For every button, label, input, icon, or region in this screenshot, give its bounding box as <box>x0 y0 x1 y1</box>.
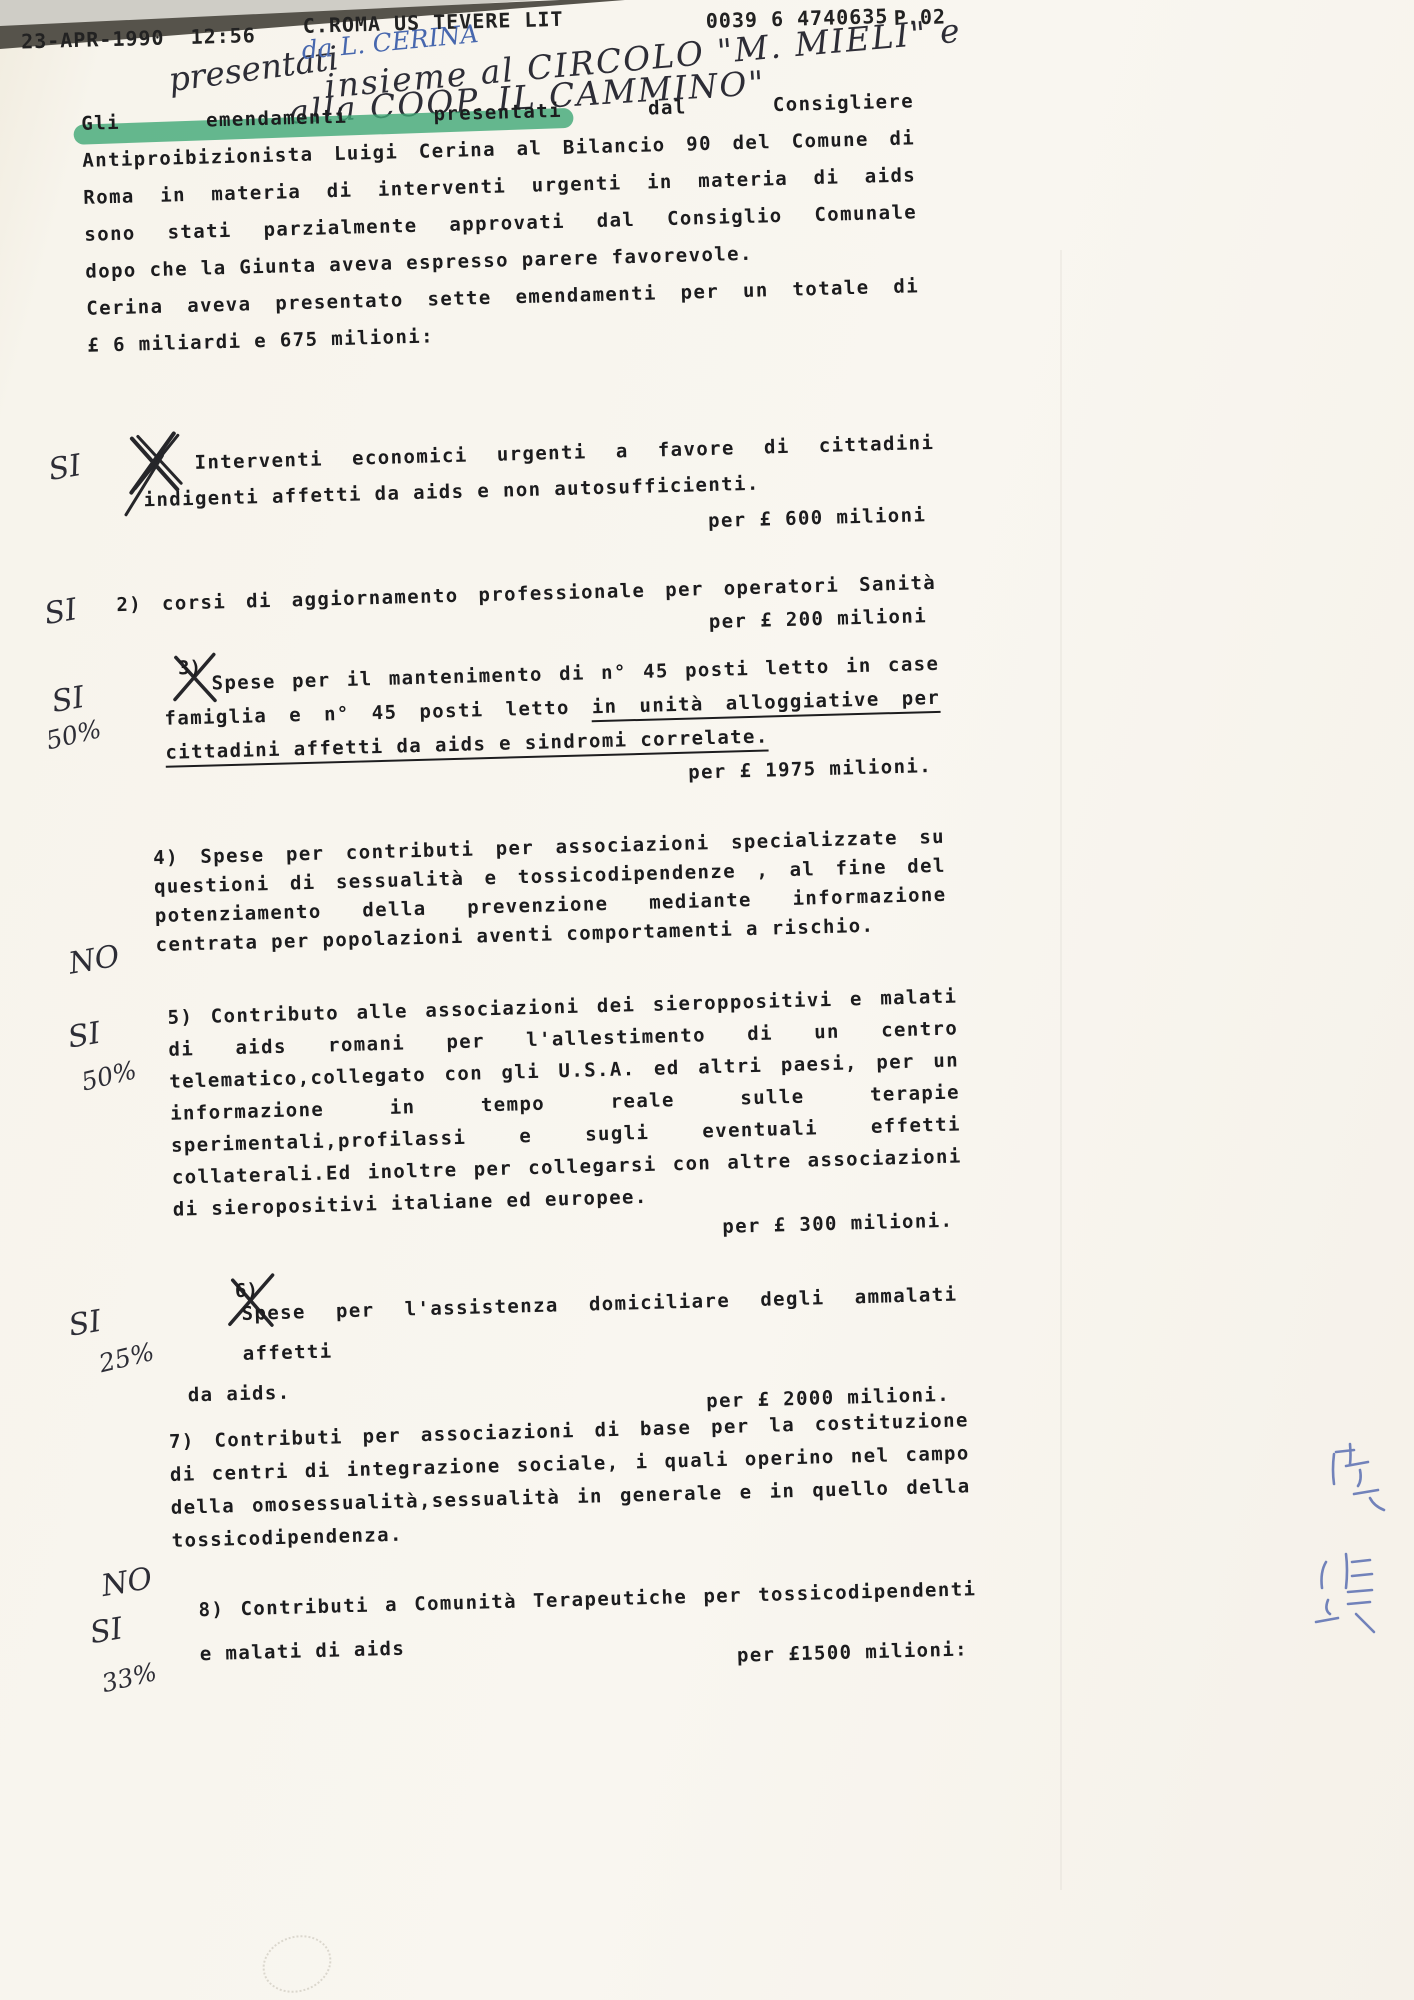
item-8: 8) Contributi a Comunità Terapeutiche pe… <box>198 1567 979 1692</box>
item-4: 4) Spese per contributi per associazioni… <box>153 823 948 960</box>
scanned-sheet: 23-APR-1990 12:56 C.ROMA US TEVERE LIT 0… <box>0 0 1414 1999</box>
document-page: 23-APR-1990 12:56 C.ROMA US TEVERE LIT 0… <box>0 0 1414 2000</box>
margin-percent-6: 25% <box>96 1337 157 1378</box>
margin-mark-si-8: SI <box>87 1611 125 1651</box>
margin-mark-si-6: SI <box>66 1304 104 1344</box>
pen-scribble-icon <box>1320 1440 1400 1540</box>
margin-mark-si-3: SI <box>49 680 87 720</box>
margin-mark-si-5: SI <box>65 1016 103 1056</box>
margin-percent-5: 50% <box>79 1055 140 1096</box>
item-3: Spese per il mantenimento di n° 45 posti… <box>163 647 942 804</box>
pen-scribble-icon <box>1308 1548 1398 1658</box>
margin-mark-si-2: SI <box>42 592 80 632</box>
item-7: 7) Contributi per associazioni di base p… <box>169 1404 972 1558</box>
item-2: 2) corsi di aggiornamento professionale … <box>116 567 937 655</box>
highlighted-text: Gli emendamenti presentati <box>81 100 562 135</box>
margin-mark-si-1: SI <box>46 448 84 488</box>
margin-scribble-bottom <box>1308 1548 1398 1662</box>
item-5: 5) Contributo alle associazioni dei sier… <box>167 980 964 1257</box>
margin-percent-3: 50% <box>43 714 104 755</box>
item-1: Interventi economici urgenti a favore di… <box>142 425 937 554</box>
intro-paragraph: Gli emendamenti presentati dal Consiglie… <box>81 83 921 364</box>
margin-percent-8: 33% <box>99 1657 160 1698</box>
margin-scribble-top <box>1320 1440 1400 1544</box>
fax-datetime: 23-APR-1990 12:56 <box>21 23 256 53</box>
